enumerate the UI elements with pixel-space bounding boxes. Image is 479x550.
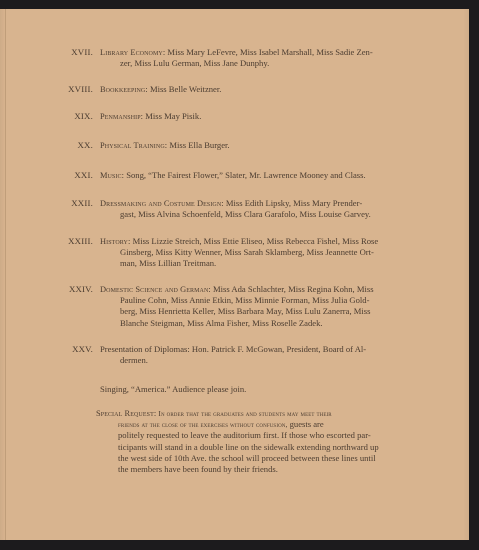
item-line: Blanche Steigman, Miss Alma Fisher, Miss… xyxy=(100,318,372,329)
item-numeral: XXII. xyxy=(40,198,93,209)
special-request: Special Request: In order that the gradu… xyxy=(96,408,372,475)
item-numeral: XXIII. xyxy=(40,236,93,247)
item-heading: History: xyxy=(100,237,130,246)
item-numeral: XVIII. xyxy=(40,84,93,95)
item-heading: Domestic Science and German: xyxy=(100,285,211,294)
special-request-line: ticipants will stand in a double line on… xyxy=(96,442,372,453)
item-numeral: XXI. xyxy=(40,170,93,181)
item-numeral: XX. xyxy=(40,140,93,151)
item-line: Miss Ella Burger. xyxy=(169,140,229,150)
item-line: man, Miss Lillian Treitman. xyxy=(100,258,372,269)
item-line: berg, Miss Henrietta Keller, Miss Barbar… xyxy=(100,306,372,317)
special-request-heading: Special Request: xyxy=(96,409,156,418)
item-line: zer, Miss Lulu German, Miss Jane Dunphy. xyxy=(100,58,372,69)
item-line: Miss Ada Schlachter, Miss Regina Kohn, M… xyxy=(213,284,374,294)
special-request-line: In order that the graduates and students… xyxy=(158,409,331,418)
singing-america: Singing, “America.” Audience please join… xyxy=(100,384,372,395)
item-line: Miss May Pisik. xyxy=(145,111,201,121)
item-heading: Dressmaking and Costume Design: xyxy=(100,199,224,208)
special-request-line: the west side of 10th Ave. the school wi… xyxy=(96,453,372,464)
item-line: Song, “The Fairest Flower,” Slater, Mr. … xyxy=(126,170,365,180)
special-request-line-tail: guests are xyxy=(290,419,324,429)
item-line: Miss Belle Weitzner. xyxy=(150,84,221,94)
item-line: gast, Miss Alvina Schoenfeld, Miss Clara… xyxy=(100,209,372,220)
item-line: Miss Mary LeFevre, Miss Isabel Marshall,… xyxy=(167,47,372,57)
item-line: Presentation of Diplomas: Hon. Patrick F… xyxy=(100,344,372,355)
item-numeral: XXIV. xyxy=(40,284,93,295)
special-request-line: friends at the close of the exercises wi… xyxy=(118,420,287,429)
special-request-line: politely requested to leave the auditori… xyxy=(96,430,372,441)
item-heading: Library Economy: xyxy=(100,48,165,57)
item-heading: Physical Training: xyxy=(100,141,167,150)
item-numeral: XXV. xyxy=(40,344,93,355)
item-line: Miss Edith Lipsky, Miss Mary Prender- xyxy=(226,198,362,208)
item-heading: Penmanship: xyxy=(100,112,143,121)
item-numeral: XIX. xyxy=(40,111,93,122)
item-line: dermen. xyxy=(100,355,372,366)
item-line: Miss Lizzie Streich, Miss Ettie Eliseo, … xyxy=(133,236,379,246)
item-numeral: XVII. xyxy=(40,47,93,58)
item-heading: Music: xyxy=(100,171,124,180)
item-line: Pauline Cohn, Miss Annie Etkin, Miss Min… xyxy=(100,295,372,306)
item-line: Ginsberg, Miss Kitty Wenner, Miss Sarah … xyxy=(100,247,372,258)
page-fold-line xyxy=(5,9,6,540)
item-heading: Bookkeeping: xyxy=(100,85,148,94)
special-request-line: the members have been found by their fri… xyxy=(96,464,372,475)
